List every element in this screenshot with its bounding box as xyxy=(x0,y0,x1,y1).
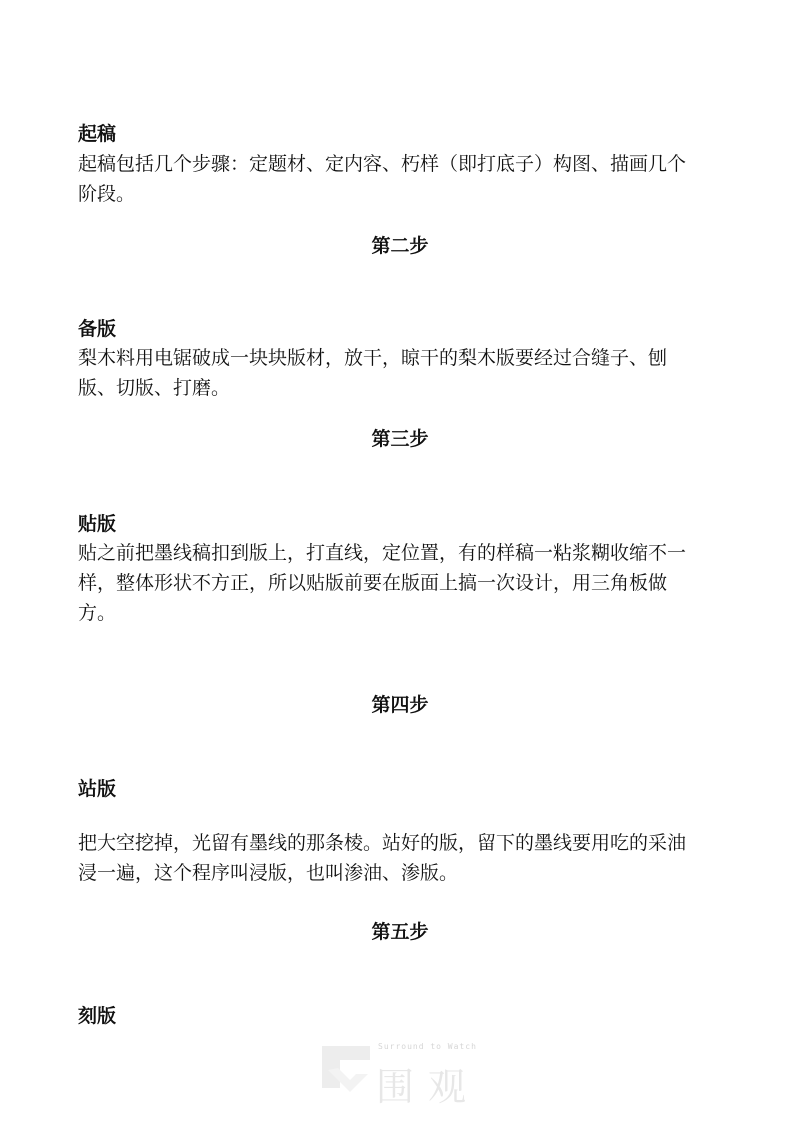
section-heading-zhanban: 站版 xyxy=(78,775,728,803)
section-heading-beiban: 备版 xyxy=(78,315,728,343)
step-heading-3: 第三步 xyxy=(0,424,800,451)
watermark-chinese: 围观 xyxy=(376,1056,480,1111)
section-body-beiban: 梨木料用电锯破成一块块版材，放干，晾干的梨木版要经过合缝子、刨 版、切版、打磨。 xyxy=(78,343,728,403)
watermark: Surround to Watch 围观 xyxy=(320,1040,490,1110)
watermark-logo-icon xyxy=(320,1040,372,1110)
body-line: 浸一遍，这个程序叫浸版，也叫渗油、渗版。 xyxy=(78,858,728,888)
watermark-latin: Surround to Watch xyxy=(378,1042,477,1051)
step-heading-5: 第五步 xyxy=(0,917,800,944)
body-line: 贴之前把墨线稿扣到版上，打直线，定位置，有的样稿一粘浆糊收缩不一 xyxy=(78,538,728,568)
body-line: 把大空挖掉，光留有墨线的那条棱。站好的版，留下的墨线要用吃的采油 xyxy=(78,828,728,858)
body-line: 梨木料用电锯破成一块块版材，放干，晾干的梨木版要经过合缝子、刨 xyxy=(78,343,728,373)
section-heading-tieban: 贴版 xyxy=(78,510,728,538)
step-heading-2: 第二步 xyxy=(0,231,800,258)
body-line: 样，整体形状不方正，所以贴版前要在版面上搞一次设计，用三角板做 xyxy=(78,568,728,598)
section-heading-qigao: 起稿 xyxy=(78,120,728,148)
body-line: 起稿包括几个步骤：定题材、定内容、朽样（即打底子）构图、描画几个 xyxy=(78,149,728,179)
section-body-zhanban: 把大空挖掉，光留有墨线的那条棱。站好的版，留下的墨线要用吃的采油 浸一遍，这个程… xyxy=(78,828,728,888)
section-heading-keban: 刻版 xyxy=(78,1002,728,1030)
body-line: 阶段。 xyxy=(78,179,728,209)
step-heading-4: 第四步 xyxy=(0,690,800,717)
section-body-tieban: 贴之前把墨线稿扣到版上，打直线，定位置，有的样稿一粘浆糊收缩不一 样，整体形状不… xyxy=(78,538,728,628)
body-line: 方。 xyxy=(78,598,728,628)
section-body-qigao: 起稿包括几个步骤：定题材、定内容、朽样（即打底子）构图、描画几个 阶段。 xyxy=(78,149,728,209)
body-line: 版、切版、打磨。 xyxy=(78,373,728,403)
